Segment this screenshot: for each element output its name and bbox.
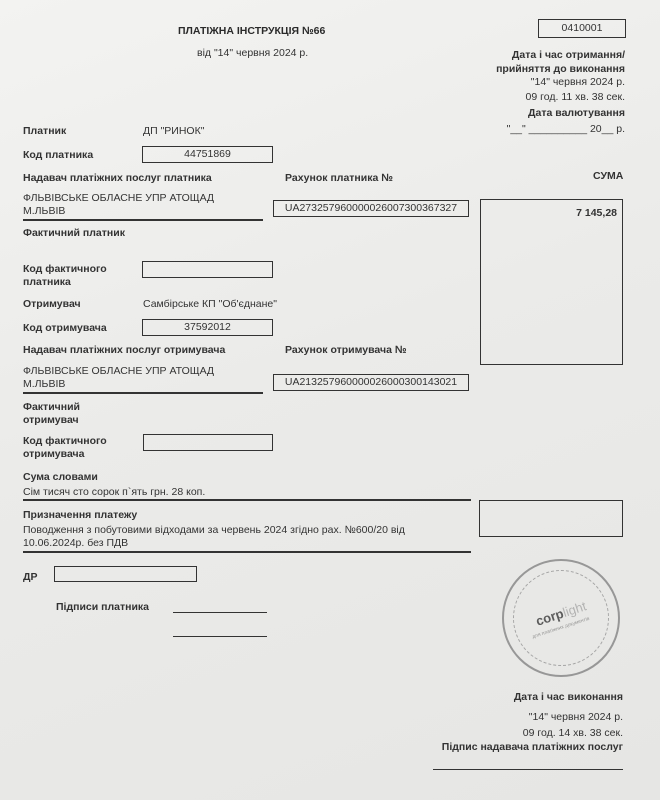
actual-recipient-code-box	[143, 434, 273, 451]
recipient-name: Самбірське КП "Об'єднане"	[143, 298, 277, 310]
received-time: 09 год. 11 хв. 38 сек.	[460, 91, 625, 103]
execution-date: "14" червня 2024 р.	[420, 711, 623, 723]
value-date-blank: "__" __________ 20__ р.	[460, 123, 625, 135]
recipient-code-box: 37592012	[142, 319, 273, 336]
actual-recipient-label-line1: Фактичний	[23, 401, 80, 414]
purpose-side-box	[479, 500, 623, 537]
document-date: від "14" червня 2024 р.	[197, 47, 308, 59]
company-stamp: corplight для платіжних документів	[502, 559, 620, 677]
actual-payer-code-label-line2: платника	[23, 276, 107, 289]
received-date: "14" червня 2024 р.	[460, 76, 625, 88]
payer-provider-line1: ФЛЬВІВСЬКЕ ОБЛАСНЕ УПР АТОЩАД	[23, 192, 263, 205]
received-label-line1: Дата і час отримання/	[460, 48, 625, 62]
amount-words-value: Сім тисяч сто сорок п`ять грн. 28 коп.	[23, 486, 471, 501]
amount-box: 7 145,28	[480, 199, 623, 365]
actual-recipient-code-label-line1: Код фактичного	[23, 435, 107, 448]
received-label: Дата і час отримання/ прийняття до викон…	[460, 48, 625, 76]
recipient-account-box: UA213257960000026000300143021	[273, 374, 469, 391]
payer-code-box: 44751869	[142, 146, 273, 163]
recipient-provider-name: ФЛЬВІВСЬКЕ ОБЛАСНЕ УПР АТОЩАД М.ЛЬВІВ	[23, 365, 263, 394]
dr-box	[54, 566, 197, 582]
payer-label: Платник	[23, 125, 66, 137]
payer-signature-line-2	[173, 636, 267, 637]
payer-provider-line2: М.ЛЬВІВ	[23, 205, 263, 218]
amount-label: СУМА	[593, 170, 623, 182]
purpose-label: Призначення платежу	[23, 509, 137, 521]
actual-payer-label: Фактичний платник	[23, 227, 125, 239]
payer-name: ДП "РИНОК"	[143, 125, 204, 137]
value-date-label: Дата валютування	[460, 107, 625, 119]
provider-signature-line	[433, 769, 623, 770]
actual-recipient-code-label: Код фактичного отримувача	[23, 435, 107, 461]
recipient-provider-line1: ФЛЬВІВСЬКЕ ОБЛАСНЕ УПР АТОЩАД	[23, 365, 263, 378]
payer-provider-label: Надавач платіжних послуг платника	[23, 172, 212, 184]
actual-recipient-label: Фактичний отримувач	[23, 401, 80, 427]
provider-signature-label: Підпис надавача платіжних послуг	[400, 741, 623, 753]
dr-label: ДР	[23, 571, 37, 583]
purpose-text: Поводження з побутовими відходами за чер…	[23, 524, 471, 553]
payer-signatures-label: Підписи платника	[56, 601, 149, 613]
received-label-line2: прийняття до виконання	[460, 62, 625, 76]
recipient-provider-line2: М.ЛЬВІВ	[23, 378, 263, 391]
stamp-inner-ring: corplight для платіжних документів	[513, 570, 609, 666]
actual-payer-code-label: Код фактичного платника	[23, 263, 107, 289]
document-title: ПЛАТІЖНА ІНСТРУКЦІЯ №66	[178, 25, 325, 37]
payer-account-label: Рахунок платника №	[285, 172, 393, 184]
amount-words-label: Сума словами	[23, 471, 98, 483]
purpose-line1: Поводження з побутовими відходами за чер…	[23, 524, 471, 537]
recipient-provider-label: Надавач платіжних послуг отримувача	[23, 344, 225, 356]
recipient-code-label: Код отримувача	[23, 322, 107, 334]
actual-payer-code-label-line1: Код фактичного	[23, 263, 107, 276]
payer-account-box: UA273257960000026007300367327	[273, 200, 469, 217]
actual-recipient-label-line2: отримувач	[23, 414, 80, 427]
payer-code-label: Код платника	[23, 149, 93, 161]
form-code-box: 0410001	[538, 19, 626, 38]
purpose-line2: 10.06.2024р. без ПДВ	[23, 537, 471, 550]
payer-signature-line-1	[173, 612, 267, 613]
payer-provider-name: ФЛЬВІВСЬКЕ ОБЛАСНЕ УПР АТОЩАД М.ЛЬВІВ	[23, 192, 263, 221]
recipient-label: Отримувач	[23, 298, 81, 310]
actual-recipient-code-label-line2: отримувача	[23, 448, 107, 461]
execution-label: Дата і час виконання	[420, 691, 623, 703]
recipient-account-label: Рахунок отримувача №	[285, 344, 407, 356]
amount-value: 7 145,28	[481, 200, 622, 219]
execution-time: 09 год. 14 хв. 38 сек.	[420, 727, 623, 739]
actual-payer-code-box	[142, 261, 273, 278]
